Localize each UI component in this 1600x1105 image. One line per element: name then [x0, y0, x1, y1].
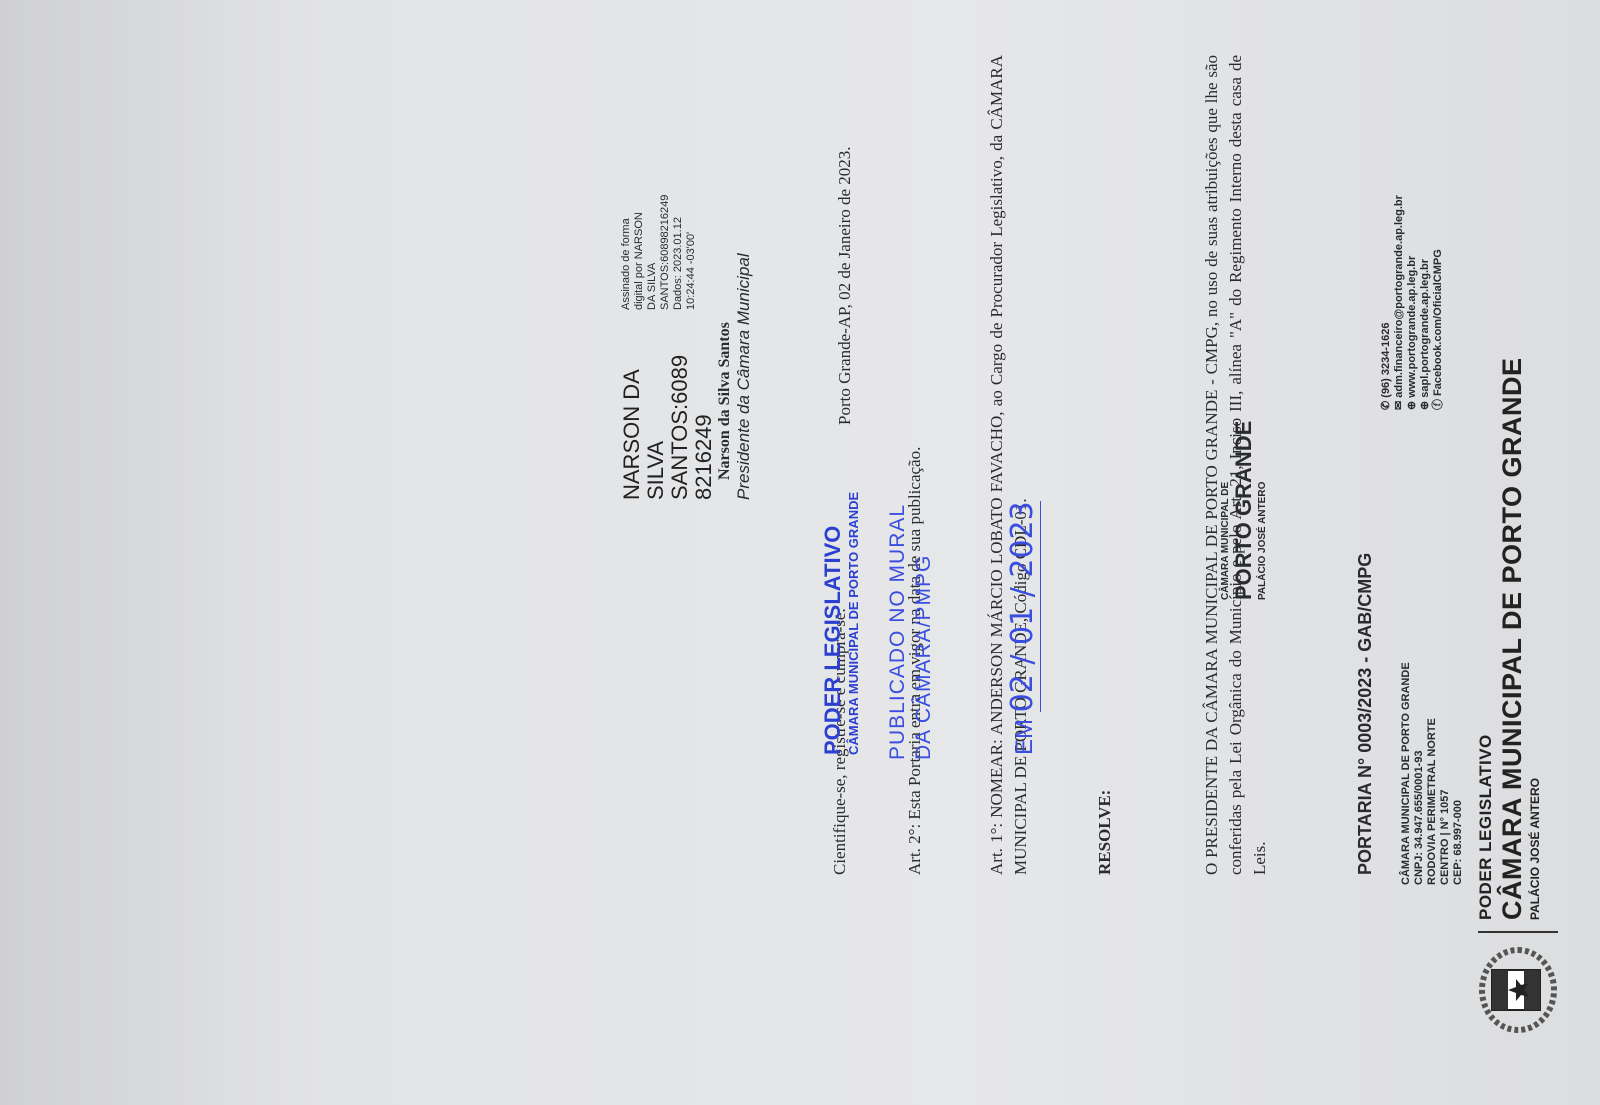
stamp-em: EM [1011, 719, 1038, 755]
stamp-line1: PODER LEGISLATIVO [820, 492, 846, 755]
signature-detail-line: 10:24:44 -03'00' [685, 160, 698, 310]
footer-logo-big: PORTO GRANDE [1231, 421, 1257, 600]
signature-detail-line: Dados: 2023.01.12 [672, 160, 685, 310]
facebook-contact: ⓕ Facebook.com/OficialCMPG [1432, 195, 1445, 410]
coat-of-arms-icon [1470, 945, 1560, 1035]
footer-logo: CÂMARA MUNICIPAL DE PORTO GRANDE PALÁCIO… [1220, 421, 1268, 600]
footer-line: CNPJ: 34.947.655/0001-93 [1413, 662, 1426, 885]
footer-line: CÂMARA MUNICIPAL DE PORTO GRANDE [1400, 662, 1413, 885]
document-photo: PODER LEGISLATIVO CÂMARA MUNICIPAL DE PO… [0, 0, 1600, 1105]
website-contact: ⊕ www.portogrande.ap.leg.br [1406, 195, 1419, 410]
letterhead: PODER LEGISLATIVO CÂMARA MUNICIPAL DE PO… [1476, 357, 1542, 920]
signer-role: Presidente da Câmara Municipal [734, 253, 754, 500]
sapl-contact: ⊕ sapl.portogrande.ap.leg.br [1419, 195, 1432, 410]
stamp-header: PODER LEGISLATIVO CÂMARA MUNICIPAL DE PO… [820, 492, 861, 755]
footer-line: RODOVIA PERIMETRAL NORTE [1426, 662, 1439, 885]
signature-details: Assinado de forma digital por NARSON DA … [620, 160, 698, 310]
stamp-published: PUBLICADO NO MURAL DA CÂMARA/PMPG [885, 504, 937, 760]
document-title: PORTARIA N° 0003/2023 - GAB/CMPG [1355, 553, 1376, 875]
footer-logo-small: CÂMARA MUNICIPAL DE [1220, 421, 1231, 600]
header-divider [1478, 931, 1558, 933]
footer-address: CÂMARA MUNICIPAL DE PORTO GRANDE CNPJ: 3… [1400, 662, 1465, 885]
footer-contacts: ✆ (96) 3234-1626 ✉ adm.financeiro@portog… [1380, 195, 1445, 410]
footer-line: CENTRO | N° 1057 [1439, 662, 1452, 885]
letterhead-line1: PODER LEGISLATIVO [1476, 357, 1496, 920]
footer-line: CEP: 68.997-000 [1452, 662, 1465, 885]
rotated-page: PODER LEGISLATIVO CÂMARA MUNICIPAL DE PO… [0, 0, 1600, 1105]
stamp-date: EM 02 / 01 / 2023 [1005, 501, 1040, 755]
stamp-published-line2: DA CÂMARA/PMPG [911, 504, 937, 760]
signer-name: Narson da Silva Santos [716, 253, 734, 480]
stamp-date-value: 02 / 01 / 2023 [1005, 501, 1041, 712]
footer-logo-sub: PALÁCIO JOSÉ ANTERO [1257, 421, 1268, 600]
letterhead-line2: CÂMARA MUNICIPAL DE PORTO GRANDE [1496, 357, 1528, 920]
signature-detail-line: SANTOS:60898216249 [659, 160, 672, 310]
phone-contact: ✆ (96) 3234-1626 [1380, 195, 1393, 410]
stamp-line2: CÂMARA MUNICIPAL DE PORTO GRANDE [846, 492, 861, 755]
digital-signature: NARSON DA SILVA SANTOS:6089 8216249 Assi… [620, 253, 754, 500]
signature-detail-line: Assinado de forma [620, 160, 633, 310]
signature-detail-line: digital por NARSON [633, 160, 646, 310]
stamp-published-line1: PUBLICADO NO MURAL [885, 504, 911, 760]
resolve-heading: RESOLVE: [1095, 790, 1115, 875]
signature-detail-line: DA SILVA [646, 160, 659, 310]
email-text: adm.financeiro@portogrande.ap.leg.br [1393, 195, 1405, 398]
sapl-text: sapl.portogrande.ap.leg.br [1419, 259, 1431, 398]
facebook-text: Facebook.com/OficialCMPG [1432, 249, 1444, 396]
place-date: Porto Grande-AP, 02 de Janeiro de 2023. [835, 146, 855, 425]
phone-text: (96) 3234-1626 [1380, 322, 1392, 397]
website-text: www.portogrande.ap.leg.br [1406, 256, 1418, 398]
email-contact: ✉ adm.financeiro@portogrande.ap.leg.br [1393, 195, 1406, 410]
letterhead-line3: PALÁCIO JOSÉ ANTERO [1528, 357, 1542, 920]
